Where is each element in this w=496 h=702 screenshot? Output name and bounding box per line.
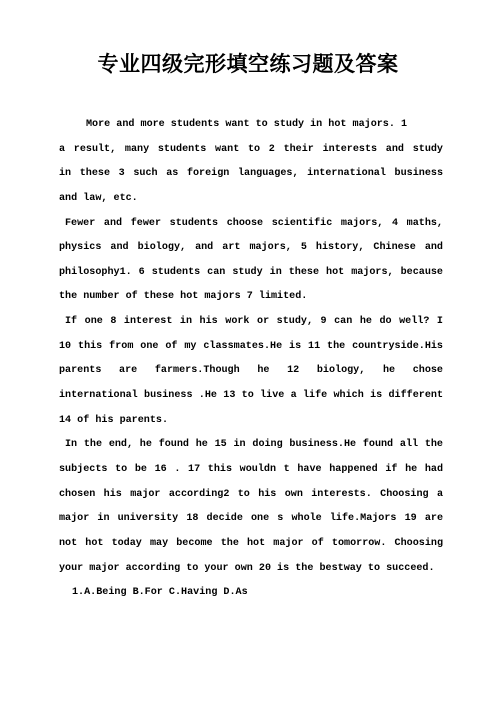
text-line: in these 3 such as foreign languages, in… xyxy=(59,162,443,187)
para-conclusion: In the end, he found he 15 in doing busi… xyxy=(59,433,443,581)
document-page: 专业四级完形填空练习题及答案 More and more students wa… xyxy=(0,0,496,702)
text-line: and law, etc. xyxy=(59,187,443,212)
document-body: More and more students want to study in … xyxy=(59,113,443,606)
text-line: your major according to your own 20 is t… xyxy=(59,557,443,582)
text-line: international business .He 13 to live a … xyxy=(59,384,443,409)
text-line: subjects to be 16 . 17 this wouldn t hav… xyxy=(59,458,443,483)
text-line: More and more students want to study in … xyxy=(59,113,443,138)
text-line: parents are farmers.Though he 12 biology… xyxy=(59,359,443,384)
text-line: physics and biology, and art majors, 5 h… xyxy=(59,236,443,261)
text-line: philosophy1. 6 students can study in the… xyxy=(59,261,443,286)
text-line: not hot today may become the hot major o… xyxy=(59,532,443,557)
text-line: In the end, he found he 15 in doing busi… xyxy=(59,433,443,458)
text-line: chosen his major according2 to his own i… xyxy=(59,483,443,508)
text-line: 14 of his parents. xyxy=(59,409,443,434)
text-line: If one 8 interest in his work or study, … xyxy=(59,310,443,335)
text-line: 10 this from one of my classmates.He is … xyxy=(59,335,443,360)
text-line: the number of these hot majors 7 limited… xyxy=(59,285,443,310)
question-1-options: 1.A.Being B.For C.Having D.As xyxy=(59,581,443,606)
para-classmate: If one 8 interest in his work or study, … xyxy=(59,310,443,433)
text-line: a result, many students want to 2 their … xyxy=(59,138,443,163)
document-title: 专业四级完形填空练习题及答案 xyxy=(0,0,496,78)
text-line: Fewer and fewer students choose scientif… xyxy=(59,212,443,237)
para-intro: More and more students want to study in … xyxy=(59,113,443,212)
text-line: 1.A.Being B.For C.Having D.As xyxy=(59,581,443,606)
text-line: major in university 18 decide one s whol… xyxy=(59,507,443,532)
para-majors: Fewer and fewer students choose scientif… xyxy=(59,212,443,311)
